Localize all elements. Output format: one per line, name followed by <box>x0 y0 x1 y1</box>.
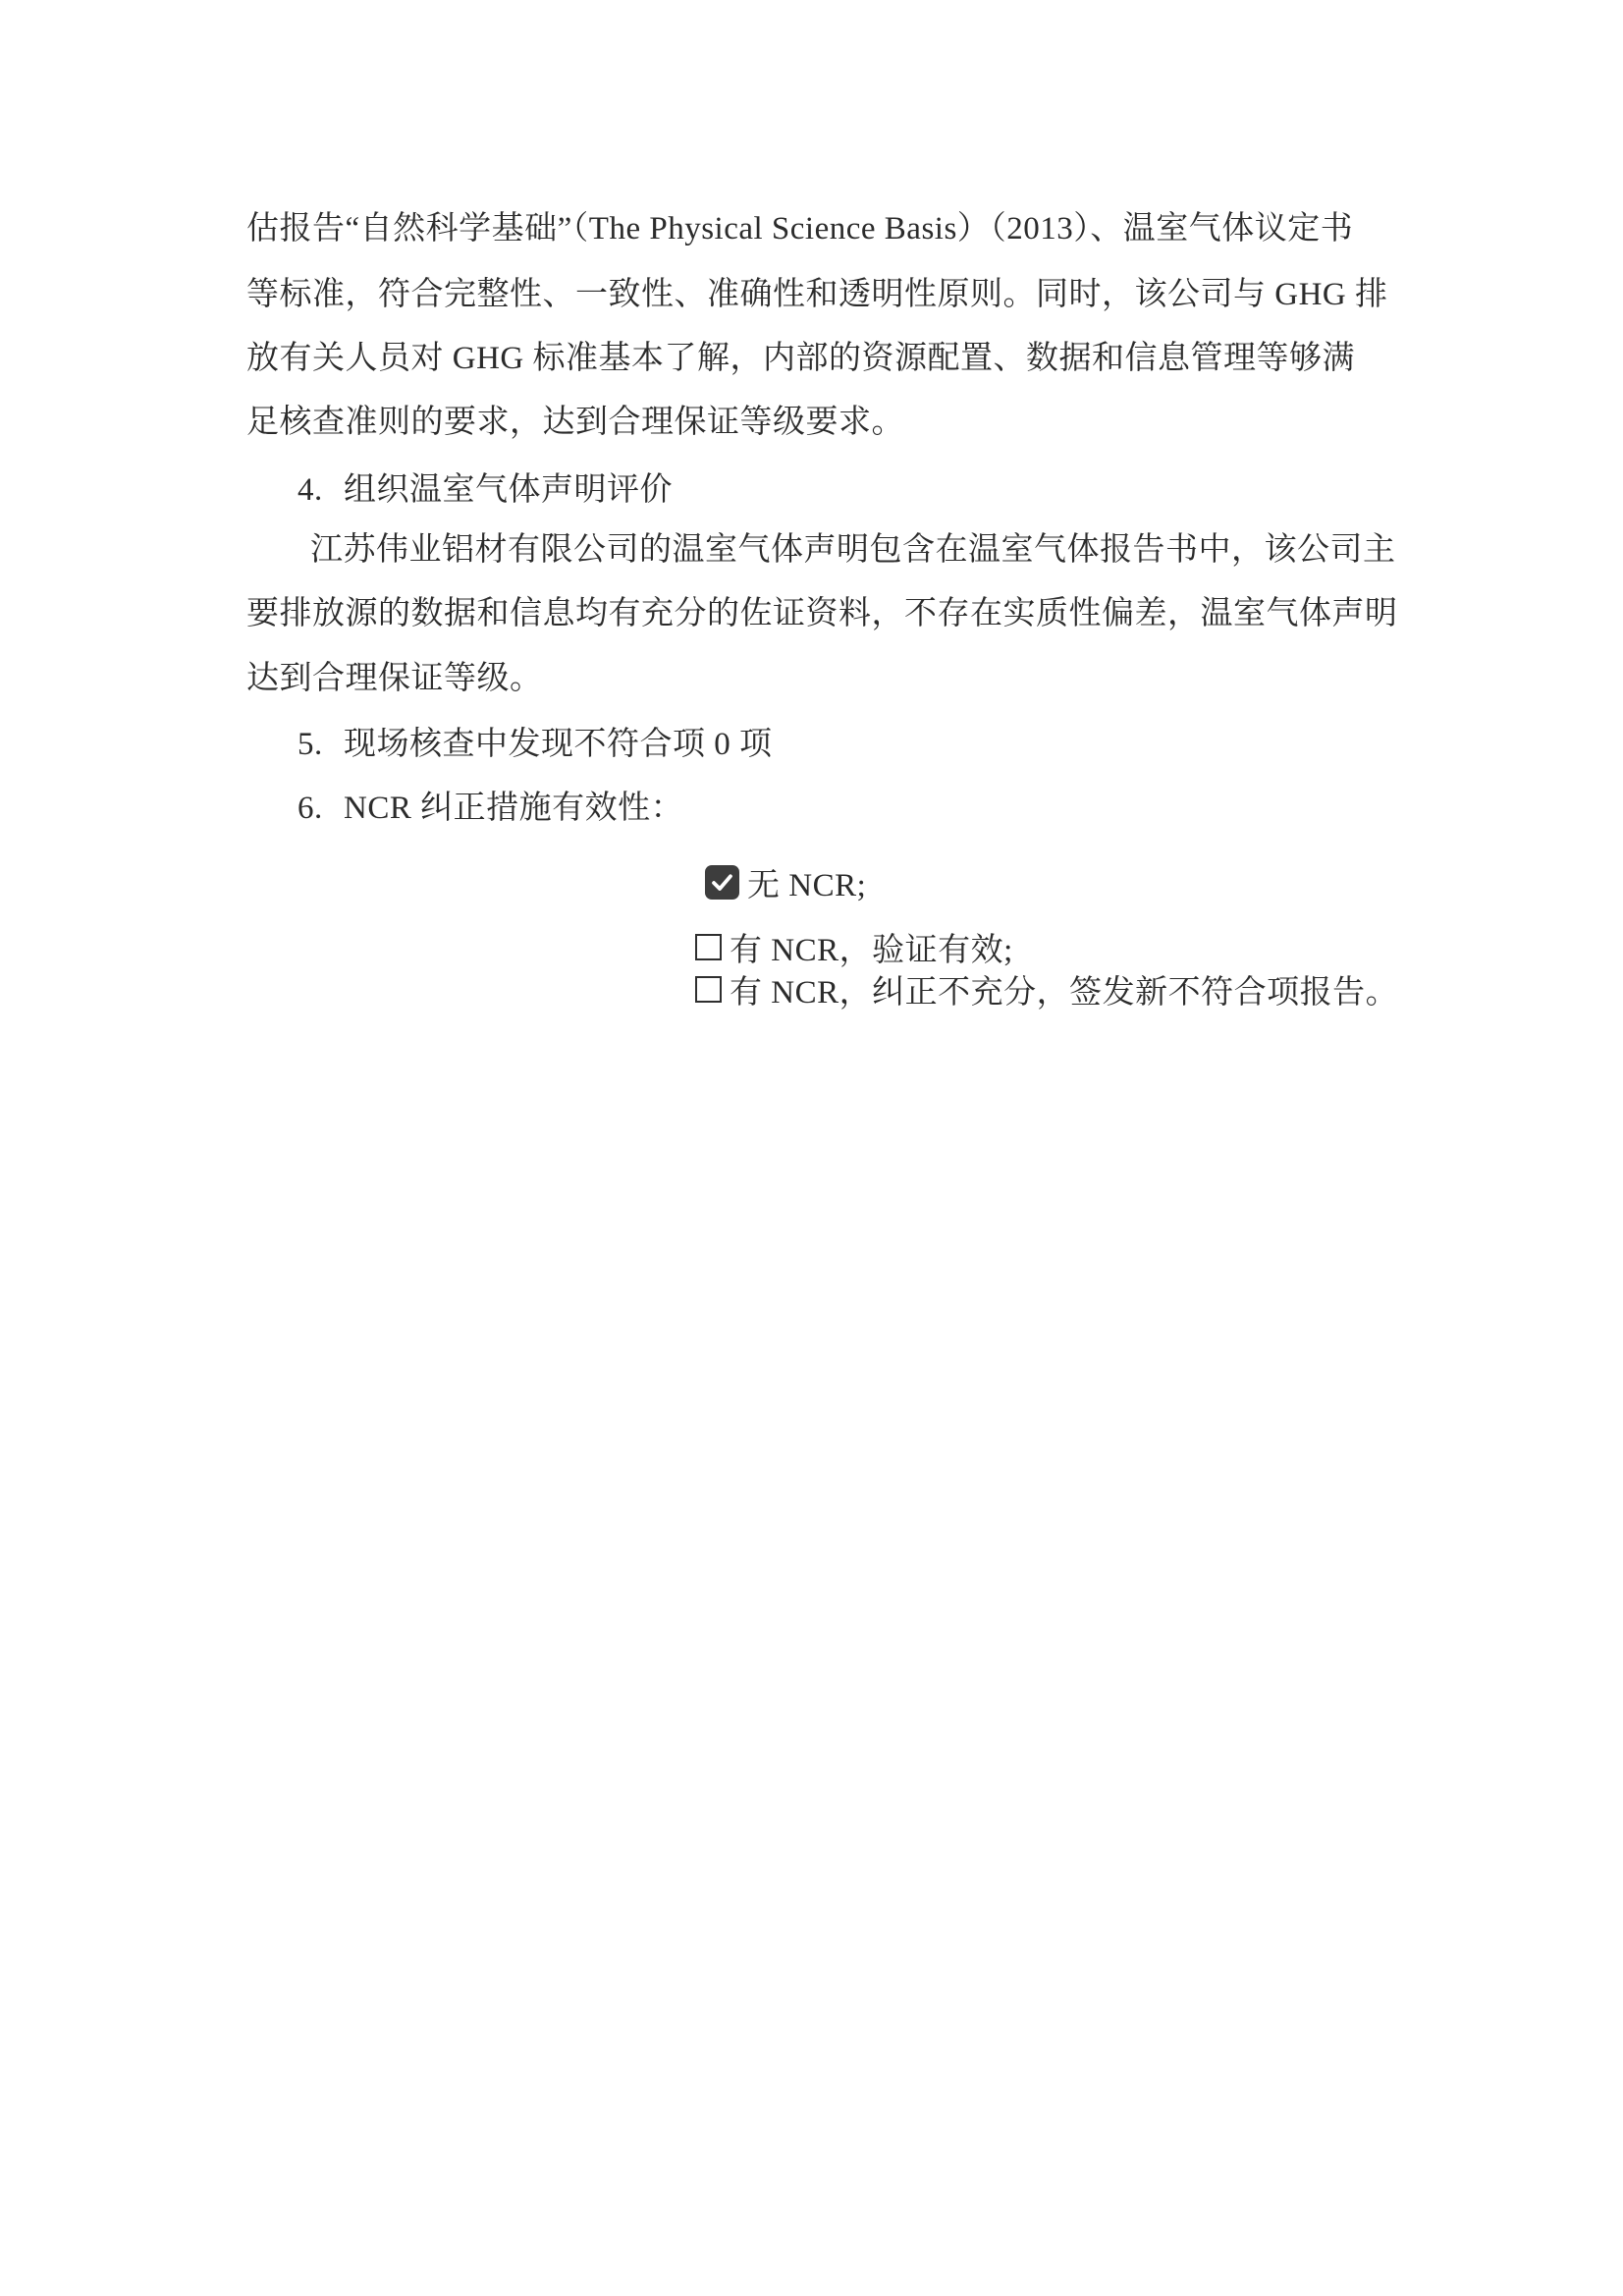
checkbox-unchecked-icon[interactable] <box>695 934 722 960</box>
item4-heading: 4.组织温室气体声明评价 <box>298 469 673 511</box>
ncr-option-valid-label: 有 NCR，验证有效; <box>730 924 1013 970</box>
ncr-option-insufficient: 有 NCR，纠正不充分，签发新不符合项报告。 <box>695 966 1398 1012</box>
paragraph2-line-2: 要排放源的数据和信息均有充分的佐证资料，不存在实质性偏差，温室气体声明 <box>246 593 1398 634</box>
paragraph2-line-3: 达到合理保证等级。 <box>246 658 543 699</box>
item5-heading: 5.现场核查中发现不符合项 0 项 <box>298 724 773 765</box>
checkbox-unchecked-icon[interactable] <box>695 976 722 1003</box>
document-page: 估报告“自然科学基础”（The Physical Science Basis）（… <box>0 0 1623 2296</box>
checkbox-checked-icon[interactable] <box>705 865 739 900</box>
paragraph2-line-1: 江苏伟业铝材有限公司的温室气体声明包含在温室气体报告书中，该公司主 <box>310 529 1396 571</box>
item6-number: 6. <box>298 788 344 829</box>
paragraph1-line-1: 估报告“自然科学基础”（The Physical Science Basis）（… <box>246 208 1353 249</box>
item4-label: 组织温室气体声明评价 <box>344 472 673 508</box>
ncr-option-insufficient-label: 有 NCR，纠正不充分，签发新不符合项报告。 <box>730 966 1398 1012</box>
item6-heading: 6.NCR 纠正措施有效性： <box>298 788 683 829</box>
item5-label: 现场核查中发现不符合项 0 项 <box>344 727 773 762</box>
paragraph1-line-2: 等标准，符合完整性、一致性、准确性和透明性原则。同时，该公司与 GHG 排 <box>246 274 1388 315</box>
ncr-option-valid: 有 NCR，验证有效; <box>695 924 1013 970</box>
paragraph1-line-3: 放有关人员对 GHG 标准基本了解，内部的资源配置、数据和信息管理等够满 <box>246 338 1355 379</box>
item4-number: 4. <box>298 469 344 511</box>
ncr-option-none: 无 NCR; <box>705 859 866 905</box>
ncr-option-none-label: 无 NCR; <box>747 859 866 905</box>
item5-number: 5. <box>298 724 344 765</box>
item6-label: NCR 纠正措施有效性： <box>344 791 683 826</box>
paragraph1-line-4: 足核查准则的要求，达到合理保证等级要求。 <box>246 402 904 443</box>
